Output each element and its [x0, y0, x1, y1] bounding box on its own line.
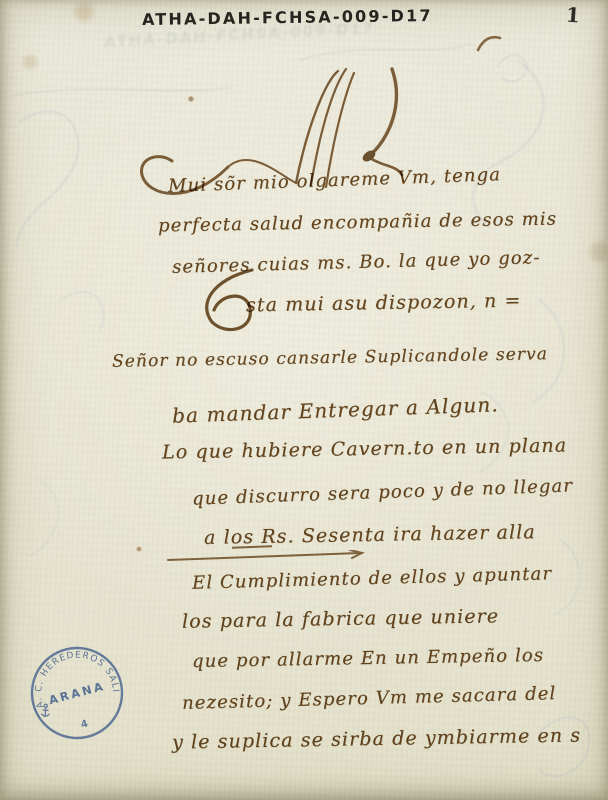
manuscript-line: El Cumplimiento de ellos y apuntar	[192, 563, 553, 593]
manuscript-line: sta mui asu dispozon, n =	[246, 290, 522, 317]
manuscript-line: perfecta salud encompañia de esos mis	[158, 209, 557, 237]
folio-number: 1	[565, 3, 581, 28]
manuscript-scan-page: ATHA-DAH-FCHSA-009-D17 ATHA-DAH-FCHSA-00…	[0, 0, 608, 800]
manuscript-line: ba mandar Entregar a Algun.	[172, 392, 499, 427]
manuscript-line: que por allarme En un Empeño los	[192, 645, 544, 672]
stamp-center-text: ARANA	[47, 679, 106, 707]
stray-ink-mark	[474, 30, 514, 56]
manuscript-line: señores cuias ms. Bo. la que yo goz-	[172, 247, 541, 278]
manuscript-line: Mui sõr mio olgareme Vm, tenga	[168, 164, 502, 197]
manuscript-line: a los Rs. Sesenta ira hazer alla	[204, 521, 536, 549]
manuscript-line: que discurro sera poco y de no llegar	[192, 475, 574, 509]
manuscript-line: nezesito; y Espero Vm me sacara del	[182, 683, 557, 714]
manuscript-line: los para la fabrica que uniere	[182, 605, 500, 633]
archive-stamp: A. C. HEREDEROS SALINAS ARANA 4	[7, 623, 147, 763]
manuscript-line: Señor no escuso cansarle Suplicandole se…	[112, 344, 548, 372]
manuscript-line: Lo que hubiere Cavern.to en un plana	[162, 434, 568, 463]
stamp-number: 4	[80, 718, 90, 730]
manuscript-line: y le suplica se sirba de ymbiarme en s	[172, 724, 581, 753]
svg-text:A. C. HEREDEROS SALINAS: A. C. HEREDEROS SALINAS	[7, 623, 121, 719]
ink-strike-arrow	[164, 550, 374, 564]
stamp-arc-text: A. C. HEREDEROS SALINAS	[7, 623, 121, 719]
